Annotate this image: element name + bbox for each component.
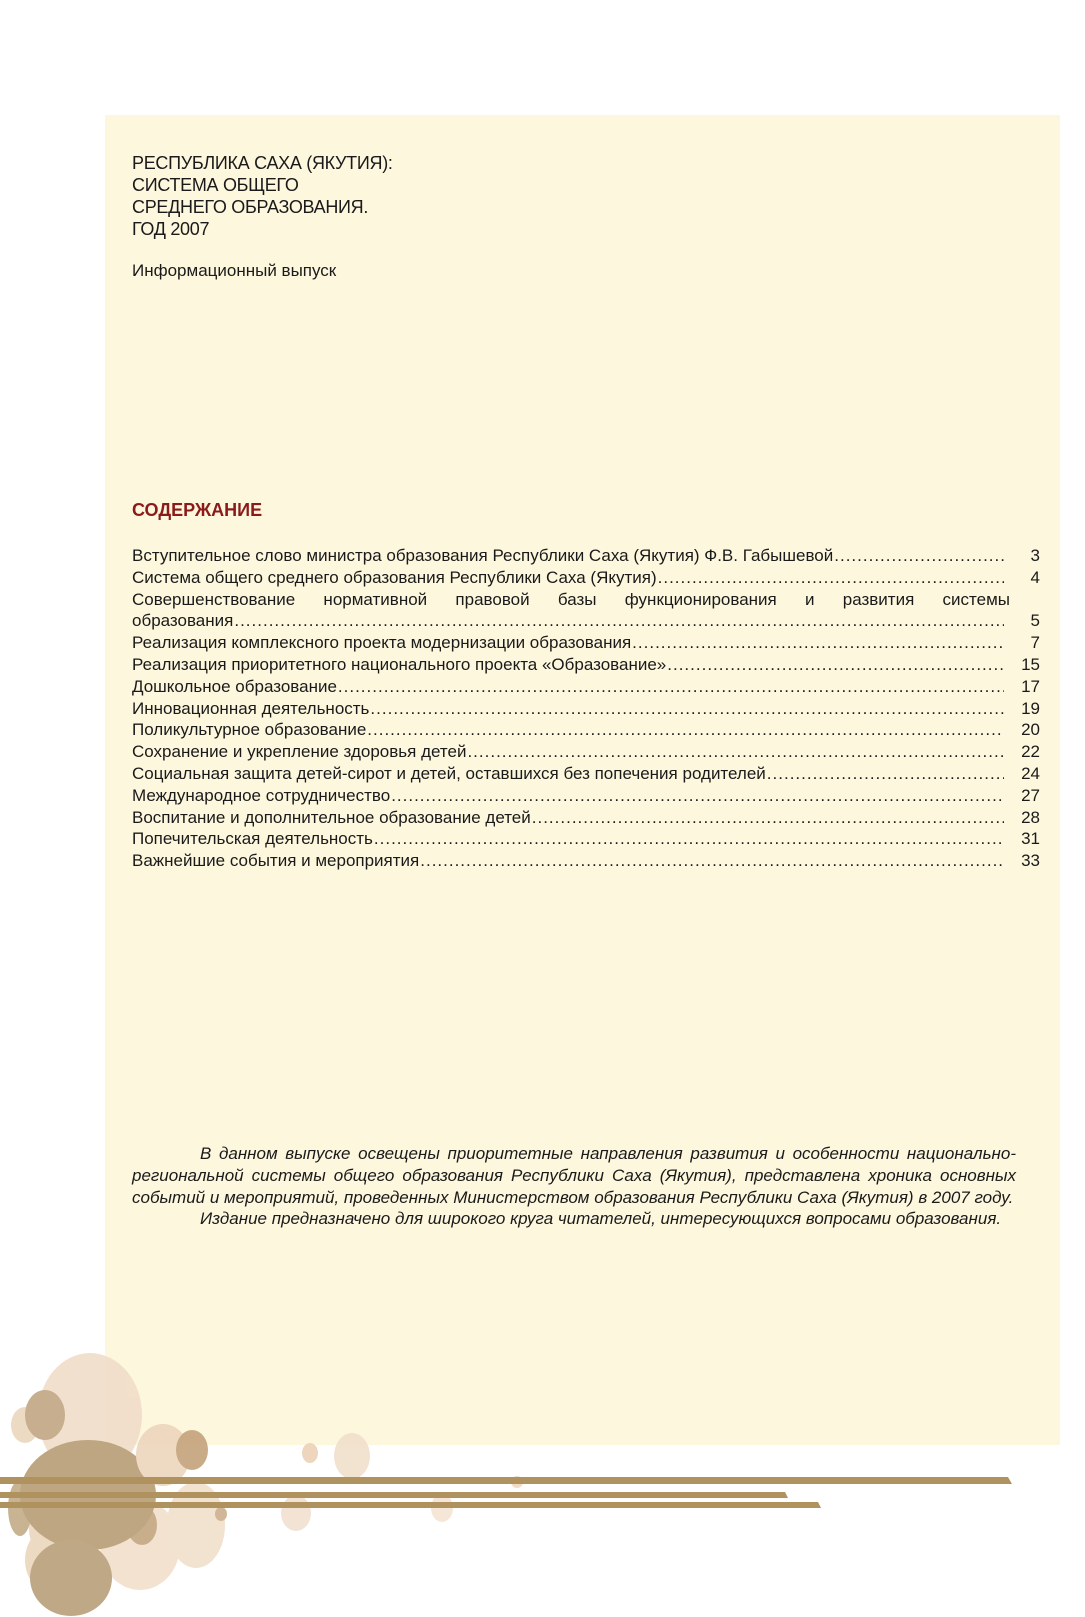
toc-heading: СОДЕРЖАНИЕ <box>132 500 262 521</box>
dot-leader <box>338 676 1004 698</box>
toc-entry[interactable]: Система общего среднего образования Респ… <box>132 567 1040 589</box>
toc-entry[interactable]: Совершенствование нормативной правовой б… <box>132 589 1040 633</box>
toc-entry-title: Реализация комплексного проекта модерниз… <box>132 632 631 654</box>
title-line: РЕСПУБЛИКА САХА (ЯКУТИЯ): <box>132 152 393 174</box>
dot-leader <box>532 807 1004 829</box>
toc-entry-page: 3 <box>1010 545 1040 567</box>
abstract: В данном выпуске освещены приоритетные н… <box>132 1143 1016 1230</box>
toc-entry-page: 15 <box>1010 654 1040 676</box>
toc-entry[interactable]: Социальная защита детей-сирот и детей, о… <box>132 763 1040 785</box>
toc-entry-title: Инновационная деятельность <box>132 698 369 720</box>
title-line: СРЕДНЕГО ОБРАЗОВАНИЯ. <box>132 196 393 218</box>
toc-entry-title: Сохранение и укрепление здоровья детей <box>132 741 466 763</box>
toc-entry-page: 7 <box>1010 632 1040 654</box>
toc-entry-title: Дошкольное образование <box>132 676 337 698</box>
toc-entry[interactable]: Инновационная деятельность19 <box>132 698 1040 720</box>
toc-entry-page: 31 <box>1010 828 1040 850</box>
dot-leader <box>367 719 1004 741</box>
dot-leader <box>391 785 1004 807</box>
toc-entry-page: 17 <box>1010 676 1040 698</box>
toc-entry-title: Реализация приоритетного национального п… <box>132 654 666 676</box>
toc-entry-title: Попечительская деятельность <box>132 828 373 850</box>
toc-entry[interactable]: Поликультурное образование20 <box>132 719 1040 741</box>
toc-entry-title: Система общего среднего образования Респ… <box>132 567 657 589</box>
toc-entry-title: Международное сотрудничество <box>132 785 390 807</box>
dot-leader <box>467 741 1004 763</box>
toc-entry-page: 28 <box>1010 807 1040 829</box>
toc-entry[interactable]: Сохранение и укрепление здоровья детей22 <box>132 741 1040 763</box>
toc-entry-page: 5 <box>1010 610 1040 632</box>
toc-entry-page: 27 <box>1010 785 1040 807</box>
dot-leader <box>420 850 1004 872</box>
title-line: ГОД 2007 <box>132 218 393 240</box>
toc-entry-title: Важнейшие события и мероприятия <box>132 850 419 872</box>
toc-entry[interactable]: Вступительное слово министра образования… <box>132 545 1040 567</box>
toc-entry-page: 33 <box>1010 850 1040 872</box>
document-subtitle: Информационный выпуск <box>132 260 336 282</box>
document-title: РЕСПУБЛИКА САХА (ЯКУТИЯ): СИСТЕМА ОБЩЕГО… <box>132 152 393 240</box>
toc-entry[interactable]: Важнейшие события и мероприятия33 <box>132 850 1040 872</box>
toc-entry-page: 4 <box>1010 567 1040 589</box>
abstract-paragraph: Издание предназначено для широкого круга… <box>132 1208 1016 1230</box>
toc-entry-page: 24 <box>1010 763 1040 785</box>
dot-leader <box>374 828 1004 850</box>
toc-entry-page: 22 <box>1010 741 1040 763</box>
toc-entry[interactable]: Воспитание и дополнительное образование … <box>132 807 1040 829</box>
toc-entry-title: Поликультурное образование <box>132 719 366 741</box>
dot-leader <box>667 654 1004 676</box>
toc-entry[interactable]: Попечительская деятельность31 <box>132 828 1040 850</box>
toc-entry-page: 19 <box>1010 698 1040 720</box>
toc-entry-page: 20 <box>1010 719 1040 741</box>
abstract-paragraph: В данном выпуске освещены приоритетные н… <box>132 1143 1016 1208</box>
dot-leader <box>658 567 1004 589</box>
toc-entry-title-line1: Совершенствование нормативной правовой б… <box>132 589 1010 611</box>
dot-leader <box>632 632 1004 654</box>
toc-entry-title: Воспитание и дополнительное образование … <box>132 807 531 829</box>
toc-entry[interactable]: Международное сотрудничество27 <box>132 785 1040 807</box>
toc-entry[interactable]: Дошкольное образование17 <box>132 676 1040 698</box>
decorative-circles-and-stripes <box>0 1330 1085 1617</box>
toc-entry[interactable]: Реализация комплексного проекта модерниз… <box>132 632 1040 654</box>
dot-leader <box>767 763 1004 785</box>
toc-entry-title: Социальная защита детей-сирот и детей, о… <box>132 763 766 785</box>
table-of-contents: Вступительное слово министра образования… <box>132 545 1040 872</box>
toc-entry[interactable]: Реализация приоритетного национального п… <box>132 654 1040 676</box>
decorative-circle-icon <box>8 1330 523 1616</box>
dot-leader <box>370 698 1004 720</box>
toc-entry-title: образования <box>132 610 233 632</box>
dot-leader <box>234 610 1004 632</box>
decorative-stripes <box>0 1477 1012 1508</box>
dot-leader <box>834 545 1004 567</box>
title-line: СИСТЕМА ОБЩЕГО <box>132 174 393 196</box>
toc-entry-title: Вступительное слово министра образования… <box>132 545 833 567</box>
